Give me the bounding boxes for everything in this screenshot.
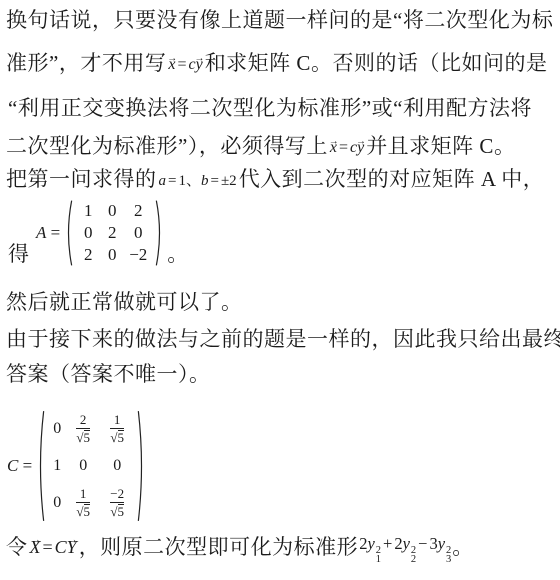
matrix-a-label: A = bbox=[36, 223, 60, 243]
term-variable: y bbox=[403, 534, 410, 553]
text-run: 准形”，才不用写 bbox=[6, 51, 166, 75]
equals-sign: = bbox=[175, 56, 188, 73]
term-coefficient: 3 bbox=[429, 534, 437, 553]
paragraph-line-2: 准形”，才不用写→x=c→y和求矩阵 C。否则的话（比如问的是 bbox=[6, 50, 547, 79]
paragraph-line-11: 令→X=C→Y，则原二次型即可化为标准形2y21+2y22−3y23。 bbox=[6, 534, 474, 569]
matrix-right-paren-icon bbox=[137, 410, 146, 522]
inline-equation-x-eq-cy: →x=c→y bbox=[166, 56, 204, 73]
matrix-cell: 0 bbox=[53, 494, 61, 512]
vector-arrow-icon: → bbox=[329, 129, 339, 155]
term-variable: y bbox=[367, 534, 374, 553]
fraction-numerator: 1 bbox=[111, 413, 124, 428]
text-run: 并且求矩阵 C。 bbox=[366, 134, 515, 158]
text-run: 换句话说，只要没有像上道题一样问的是“将二次型化为标 bbox=[6, 8, 553, 32]
math-value-b: ±2 bbox=[221, 173, 237, 189]
fraction-denominator: √5 bbox=[110, 502, 124, 519]
term-subscript: 1 bbox=[376, 555, 381, 564]
inline-equation-ab-values: a=1、b=±2 bbox=[157, 173, 239, 189]
matrix-c-grid: 0 2√5 1√5 1 0 0 0 1√5 −2√5 bbox=[48, 411, 134, 522]
paragraph-line-8: 由于接下来的做法与之前的题是一样的，因此我只给出最终 bbox=[6, 326, 560, 352]
inline-equation-x-eq-cy: →x=c→y bbox=[328, 139, 366, 156]
text-run: 由于接下来的做法与之前的题是一样的，因此我只给出最终 bbox=[6, 327, 560, 351]
matrix-cell: 2 bbox=[134, 201, 143, 221]
matrix-left-paren-icon bbox=[64, 200, 73, 266]
text-run: 把第一问求得的 bbox=[6, 167, 157, 191]
text-run: “利用正交变换法将二次型化为标准形”或“利用配方法将 bbox=[8, 96, 532, 120]
matrix-cell: 1 bbox=[53, 457, 61, 475]
matrix-cell: 1 bbox=[84, 201, 93, 221]
text-run: 答案（答案不唯一）。 bbox=[6, 362, 211, 386]
matrix-cell: 0 bbox=[53, 420, 61, 438]
equals-sign: = bbox=[51, 223, 61, 242]
text-run: 然后就正常做就可以了。 bbox=[6, 290, 243, 314]
vector-arrow-icon: → bbox=[356, 129, 366, 155]
formula-term: 2y21 bbox=[359, 534, 381, 553]
vector-x: →x bbox=[168, 52, 175, 78]
fraction-numerator: 2 bbox=[77, 413, 90, 428]
matrix-cell: 0 bbox=[108, 201, 117, 221]
fraction-denominator: √5 bbox=[76, 502, 90, 519]
matrix-cell: 0 bbox=[79, 457, 87, 475]
math-value-a: 1 bbox=[178, 173, 186, 189]
term-subscript: 2 bbox=[411, 555, 416, 564]
matrix-cell: −2 bbox=[129, 245, 147, 265]
radical-sign: √ bbox=[76, 431, 83, 445]
term-subscript: 3 bbox=[446, 555, 451, 564]
term-variable: y bbox=[438, 534, 445, 553]
inline-equation-X-eq-CY: →X=C→Y bbox=[28, 537, 79, 557]
minus-operator: − bbox=[416, 534, 429, 553]
matrix-cell: 2 bbox=[108, 223, 117, 243]
standard-form-formula: 2y21+2y22−3y23 bbox=[358, 534, 452, 553]
paragraph-line-1: 换句话说，只要没有像上道题一样问的是“将二次型化为标 bbox=[6, 7, 553, 33]
matrix-cell: 0 bbox=[113, 457, 121, 475]
matrix-cell-fraction: 2√5 bbox=[76, 413, 90, 445]
math-var-A: A bbox=[36, 223, 46, 242]
radical-sign: √ bbox=[110, 505, 117, 519]
vector-x: →x bbox=[330, 135, 337, 161]
paragraph-line-3: “利用正交变换法将二次型化为标准形”或“利用配方法将 bbox=[8, 95, 532, 121]
text-run: ，则原二次型即可化为标准形 bbox=[79, 535, 359, 559]
matrix-cell: 0 bbox=[108, 245, 117, 265]
radical-sign: √ bbox=[76, 505, 83, 519]
text-run: 令 bbox=[6, 535, 28, 559]
matrix-a-grid: 1 0 2 0 2 0 2 0 −2 bbox=[76, 200, 152, 266]
term-subsup: 23 bbox=[446, 546, 451, 564]
paragraph-line-9: 答案（答案不唯一）。 bbox=[6, 361, 211, 387]
text-run: 代入到二次型的对应矩阵 A 中， bbox=[239, 167, 545, 191]
paragraph-line-5: 把第一问求得的a=1、b=±2代入到二次型的对应矩阵 A 中， bbox=[6, 166, 544, 195]
paragraph-line-7: 然后就正常做就可以了。 bbox=[6, 289, 243, 315]
radicand: 5 bbox=[118, 430, 125, 445]
fraction-denominator: √5 bbox=[76, 428, 90, 445]
math-var-C: C bbox=[55, 537, 67, 557]
text-run: 二次型化为标准形”），必须得写上 bbox=[6, 134, 328, 158]
equals-sign: = bbox=[208, 173, 220, 189]
equals-sign: = bbox=[337, 139, 350, 156]
vector-y: →y bbox=[357, 135, 364, 161]
radicand: 5 bbox=[118, 504, 125, 519]
vector-X: →X bbox=[30, 534, 41, 560]
term-coefficient: 2 bbox=[394, 534, 402, 553]
vector-arrow-icon: → bbox=[195, 46, 205, 72]
matrix-a-equation: A = 1 0 2 0 2 0 2 0 −2 bbox=[36, 200, 164, 266]
matrix-cell: 0 bbox=[134, 223, 143, 243]
math-var-C: C bbox=[7, 456, 18, 475]
matrix-right-paren-icon bbox=[155, 200, 164, 266]
equals-sign: = bbox=[41, 537, 55, 557]
plus-operator: + bbox=[381, 534, 394, 553]
matrix-cell-fraction: 1√5 bbox=[76, 487, 90, 519]
document-page: 换句话说，只要没有像上道题一样问的是“将二次型化为标 准形”，才不用写→x=c→… bbox=[0, 0, 560, 580]
vector-y: →y bbox=[196, 52, 203, 78]
formula-term: 3y23 bbox=[429, 534, 451, 553]
paragraph-line-4: 二次型化为标准形”），必须得写上→x=c→y并且求矩阵 C。 bbox=[6, 133, 515, 162]
matrix-cell-fraction: −2√5 bbox=[107, 487, 127, 519]
text-run: 得 bbox=[8, 242, 29, 266]
vector-Y: →Y bbox=[67, 534, 77, 560]
text-run: 。 bbox=[167, 242, 188, 266]
matrix-left-paren-icon bbox=[36, 410, 45, 522]
radicand: 5 bbox=[84, 430, 91, 445]
matrix-cell: 2 bbox=[84, 245, 93, 265]
vector-arrow-icon: → bbox=[30, 527, 41, 553]
text-run: 和求矩阵 C。否则的话（比如问的是 bbox=[205, 51, 548, 75]
fraction-denominator: √5 bbox=[110, 428, 124, 445]
matrix-c-equation: C = 0 2√5 1√5 1 0 0 0 1√5 −2√5 bbox=[7, 410, 146, 522]
formula-term: 2y22 bbox=[394, 534, 416, 553]
fraction-numerator: 1 bbox=[77, 487, 90, 502]
list-separator: 、 bbox=[186, 173, 201, 189]
vector-arrow-icon: → bbox=[67, 527, 78, 553]
math-var-a: a bbox=[159, 173, 167, 189]
matrix-cell: 0 bbox=[84, 223, 93, 243]
vector-arrow-icon: → bbox=[167, 46, 177, 72]
matrix-c-label: C = bbox=[7, 456, 32, 476]
radical-sign: √ bbox=[110, 431, 117, 445]
text-run: 。 bbox=[452, 535, 474, 559]
matrix-cell-fraction: 1√5 bbox=[110, 413, 124, 445]
equals-sign: = bbox=[166, 173, 178, 189]
radicand: 5 bbox=[84, 504, 91, 519]
fraction-numerator: −2 bbox=[107, 487, 127, 502]
matrix-c-block: C = 0 2√5 1√5 1 0 0 0 1√5 −2√5 bbox=[7, 410, 146, 522]
equals-sign: = bbox=[23, 456, 33, 475]
matrix-a-block: 得 A = 1 0 2 0 2 0 2 0 −2 。 bbox=[8, 200, 188, 266]
